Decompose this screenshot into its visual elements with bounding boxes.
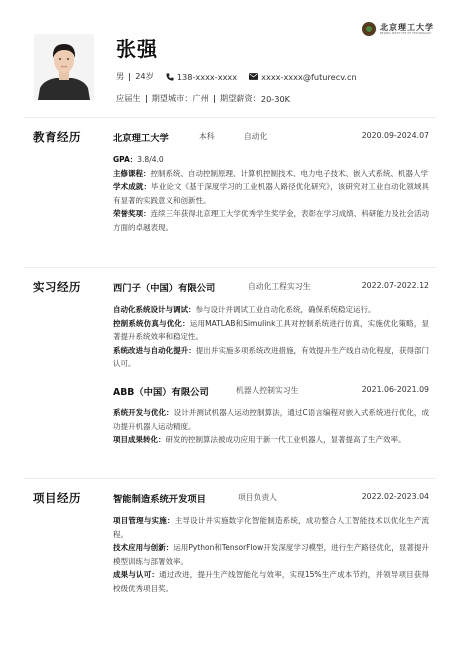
- email-address[interactable]: xxxx-xxxx@futurecv.cn: [261, 72, 357, 82]
- internship-date: 2022.07-2022.12: [362, 281, 429, 290]
- detail-gpa: GPA：3.8/4.0: [113, 153, 429, 167]
- detail-item: 控制系统仿真与优化：运用MATLAB和Simulink工具对控制系统进行仿真，实…: [113, 317, 429, 344]
- internship-entry-header: 西门子（中国）有限公司 自动化工程实习生 2022.07-2022.12: [113, 280, 429, 294]
- detail-item: 成果与认可：通过改进，提升生产线智能化与效率，实现15%生产成本节约，并领导项目…: [113, 568, 429, 595]
- internship-details: 自动化系统设计与调试：参与设计并调试工业自动化系统，确保系统稳定运行。 控制系统…: [113, 303, 429, 371]
- detail-item: 项目成果转化：研发的控制算法被成功应用于新一代工业机器人，显著提高了生产效率。: [113, 433, 429, 447]
- salary-label: 期望薪资：: [220, 93, 261, 104]
- separator: [214, 95, 215, 103]
- company-name: 西门子（中国）有限公司: [113, 280, 215, 294]
- phone-icon: [166, 73, 174, 81]
- city-label: 期望城市：: [152, 93, 193, 104]
- education-entry-header: 北京理工大学 本科 自动化 2020.09-2024.07: [113, 130, 429, 144]
- section-title-project: 项目经历: [33, 490, 81, 506]
- education-date: 2020.09-2024.07: [362, 131, 429, 140]
- divider: [24, 117, 436, 118]
- major: 自动化: [244, 131, 267, 142]
- divider: [24, 267, 436, 268]
- detail-item: 项目管理与实施：主导设计并实施数字化智能制造系统，成功整合人工智能技术以优化生产…: [113, 514, 429, 541]
- internship-entry-header: ABB（中国）有限公司 机器人控制实习生 2021.06-2021.09: [113, 384, 429, 398]
- job-intent-row: 应届生 期望城市： 广州 期望薪资： 20-30K: [116, 93, 290, 104]
- education-details: GPA：3.8/4.0 主修课程：控制系统、自动控制原理、计算机控制技术、电力电…: [113, 153, 429, 235]
- project-name: 智能制造系统开发项目: [113, 491, 206, 505]
- resume-header: 张强 男 24岁 138-xxxx-xxxx xxxx-xxxx@futurec…: [0, 0, 460, 118]
- school-name: 北京理工大学: [113, 130, 169, 144]
- internship-details: 系统开发与优化：设计并测试机器人运动控制算法，通过C语言编程对嵌入式系统进行优化…: [113, 406, 429, 447]
- phone-number[interactable]: 138-xxxx-xxxx: [177, 72, 237, 82]
- divider: [24, 478, 436, 479]
- basic-info-row: 男 24岁 138-xxxx-xxxx xxxx-xxxx@futurecv.c…: [116, 71, 357, 82]
- profile-photo: [34, 34, 94, 100]
- section-title-internship: 实习经历: [33, 279, 81, 295]
- university-emblem-icon: [362, 22, 376, 36]
- logo-en-text: BEIJING INSTITUTE OF TECHNOLOGY: [380, 32, 434, 35]
- university-logo: 北京理工大学 BEIJING INSTITUTE OF TECHNOLOGY: [362, 22, 434, 36]
- degree: 本科: [199, 131, 215, 142]
- job-role: 自动化工程实习生: [248, 281, 310, 292]
- candidate-name: 张强: [116, 33, 158, 62]
- separator: [129, 73, 130, 81]
- company-name: ABB（中国）有限公司: [113, 384, 209, 398]
- gender: 男: [116, 71, 124, 82]
- internship-date: 2021.06-2021.09: [362, 385, 429, 394]
- detail-courses: 主修课程：控制系统、自动控制原理、计算机控制技术、电力电子技术、嵌入式系统、机器…: [113, 167, 429, 181]
- project-entry-header: 智能制造系统开发项目 项目负责人 2022.02-2023.04: [113, 491, 429, 505]
- mail-icon: [249, 73, 258, 80]
- separator: [146, 95, 147, 103]
- detail-item: 系统改进与自动化提升：提出并实施多项系统改进措施，有效提升生产线自动化程度，获得…: [113, 344, 429, 371]
- detail-item: 自动化系统设计与调试：参与设计并调试工业自动化系统，确保系统稳定运行。: [113, 303, 429, 317]
- salary: 20-30K: [261, 94, 290, 104]
- city: 广州: [193, 93, 209, 104]
- project-date: 2022.02-2023.04: [362, 492, 429, 501]
- section-title-education: 教育经历: [33, 129, 81, 145]
- project-details: 项目管理与实施：主导设计并实施数字化智能制造系统，成功整合人工智能技术以优化生产…: [113, 514, 429, 596]
- detail-item: 系统开发与优化：设计并测试机器人运动控制算法，通过C语言编程对嵌入式系统进行优化…: [113, 406, 429, 433]
- detail-honors: 荣誉奖项：连续三年获得北京理工大学优秀学生奖学金，表彰在学习成绩、科研能力及社会…: [113, 207, 429, 234]
- detail-item: 技术应用与创新：运用Python和TensorFlow开发深度学习模型，进行生产…: [113, 541, 429, 568]
- status: 应届生: [116, 93, 141, 104]
- job-role: 机器人控制实习生: [236, 385, 298, 396]
- age: 24岁: [135, 71, 154, 82]
- detail-academic: 学术成就：毕业论文《基于深度学习的工业机器人路径优化研究》，该研究对工业自动化领…: [113, 180, 429, 207]
- project-role: 项目负责人: [238, 492, 277, 503]
- logo-cn-text: 北京理工大学: [380, 23, 434, 32]
